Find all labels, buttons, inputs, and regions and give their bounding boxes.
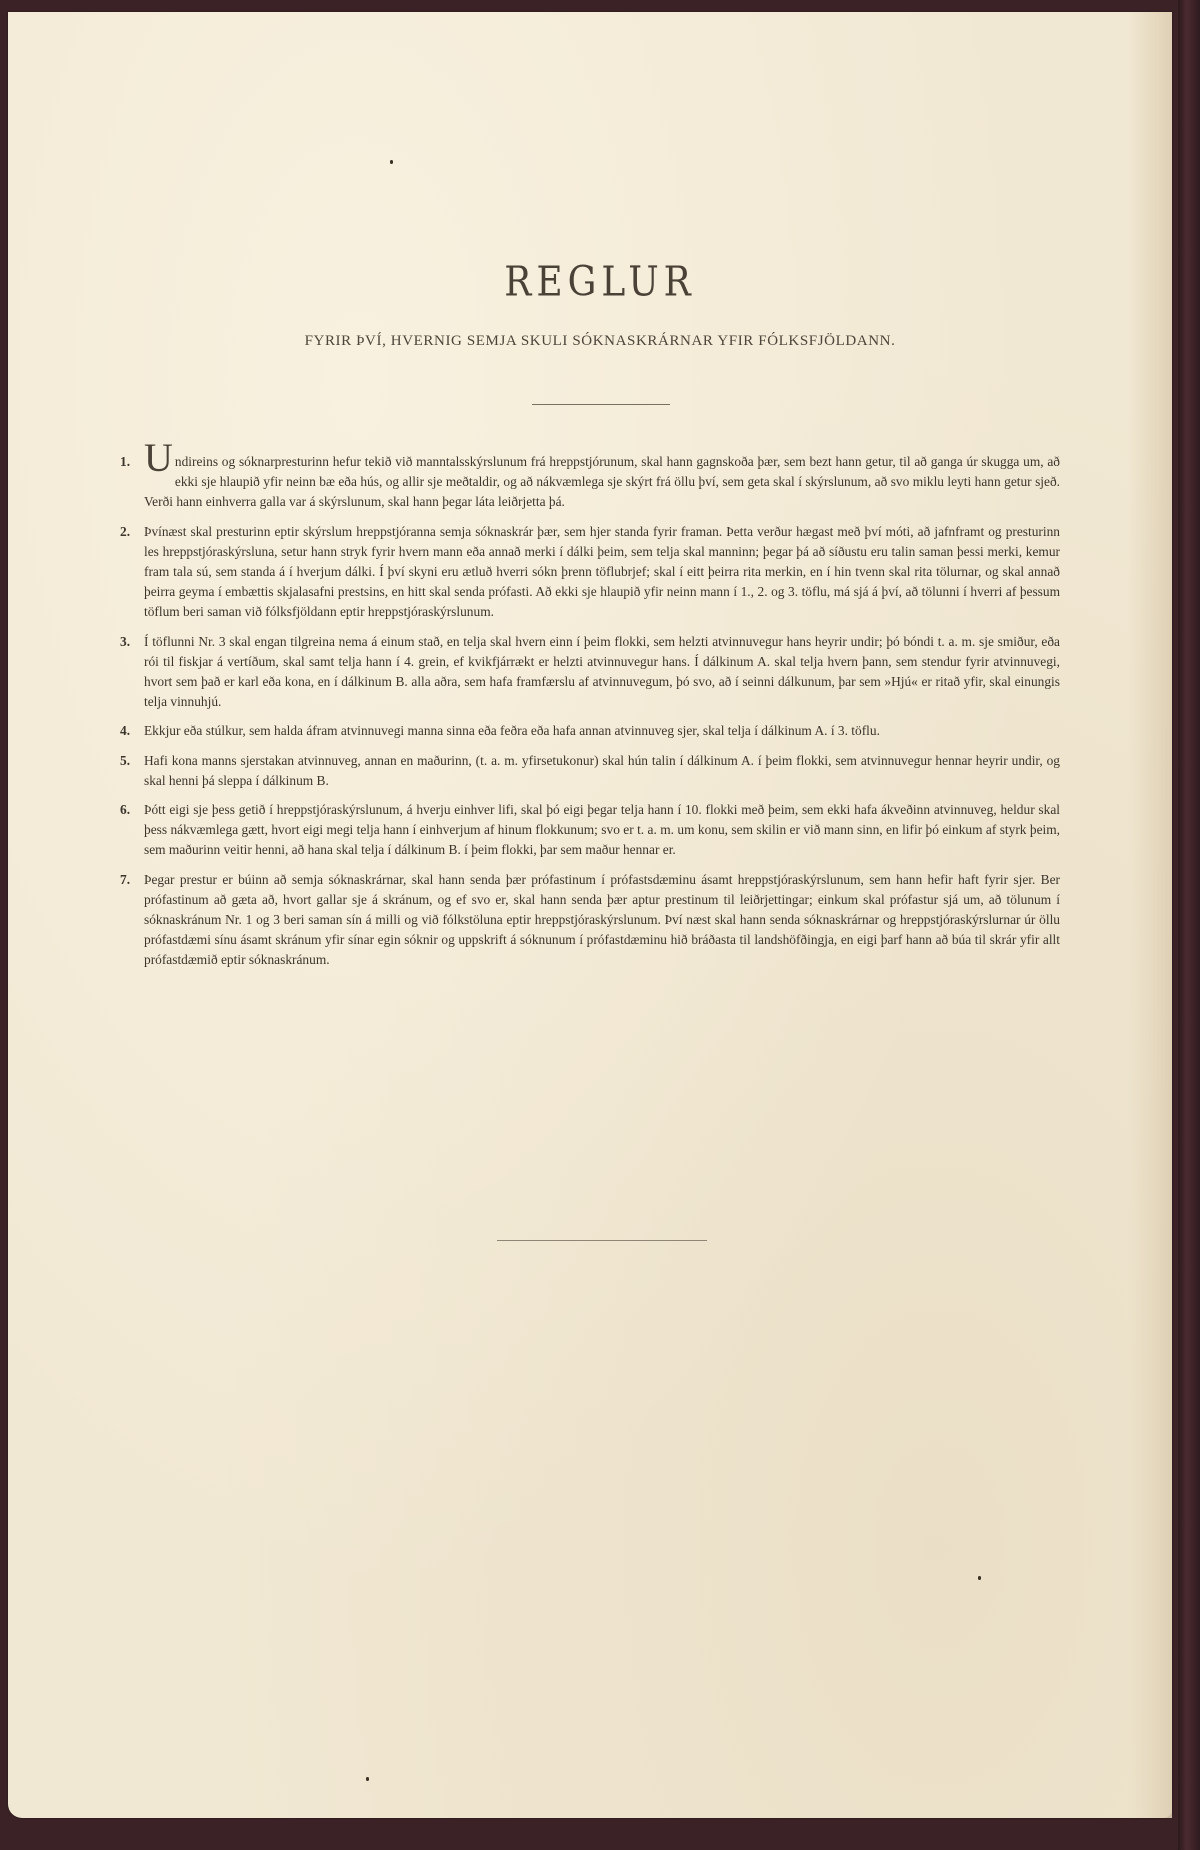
rule-text: Ekkjur eða stúlkur, sem halda áfram atvi… — [144, 721, 1060, 741]
rule-text: Þegar prestur er búinn að semja sóknaskr… — [144, 870, 1060, 971]
rule-text: Þvínæst skal presturinn eptir skýrslum h… — [144, 522, 1060, 623]
rules-list: 1. Undireins og sóknarpresturinn hefur t… — [120, 452, 1060, 980]
ink-speck — [390, 160, 393, 164]
rule-item-2: 2. Þvínæst skal presturinn eptir skýrslu… — [120, 522, 1060, 623]
rule-number: 6. — [120, 800, 144, 861]
rule-number: 2. — [120, 522, 144, 623]
rule-text-body: ndireins og sóknarpresturinn hefur tekið… — [144, 454, 1060, 509]
rule-item-6: 6. Þótt eigi sje þess getið í hreppstjór… — [120, 800, 1060, 861]
rule-number: 5. — [120, 751, 144, 791]
ink-speck — [978, 1576, 981, 1580]
rule-number: 1. — [120, 452, 144, 513]
rule-item-7: 7. Þegar prestur er búinn að semja sókna… — [120, 870, 1060, 971]
rule-text: Þótt eigi sje þess getið í hreppstjórask… — [144, 800, 1060, 861]
rule-text: Undireins og sóknarpresturinn hefur teki… — [144, 452, 1060, 513]
drop-cap: U — [144, 442, 173, 474]
rule-text: Hafi kona manns sjerstakan atvinnuveg, a… — [144, 751, 1060, 791]
rule-number: 7. — [120, 870, 144, 971]
rule-item-1: 1. Undireins og sóknarpresturinn hefur t… — [120, 452, 1060, 513]
rule-item-4: 4. Ekkjur eða stúlkur, sem halda áfram a… — [120, 721, 1060, 741]
rule-number: 4. — [120, 721, 144, 741]
rule-number: 3. — [120, 632, 144, 713]
page-subtitle: FYRIR ÞVÍ, HVERNIG SEMJA SKULI SÓKNASKRÁ… — [0, 333, 1200, 350]
divider-top — [532, 404, 670, 405]
ink-speck — [366, 1777, 369, 1781]
page-title: REGLUR — [0, 259, 1200, 306]
rule-text: Í töflunni Nr. 3 skal engan tilgreina ne… — [144, 632, 1060, 713]
rule-item-3: 3. Í töflunni Nr. 3 skal engan tilgreina… — [120, 632, 1060, 713]
rule-item-5: 5. Hafi kona manns sjerstakan atvinnuveg… — [120, 751, 1060, 791]
divider-bottom — [497, 1240, 707, 1241]
